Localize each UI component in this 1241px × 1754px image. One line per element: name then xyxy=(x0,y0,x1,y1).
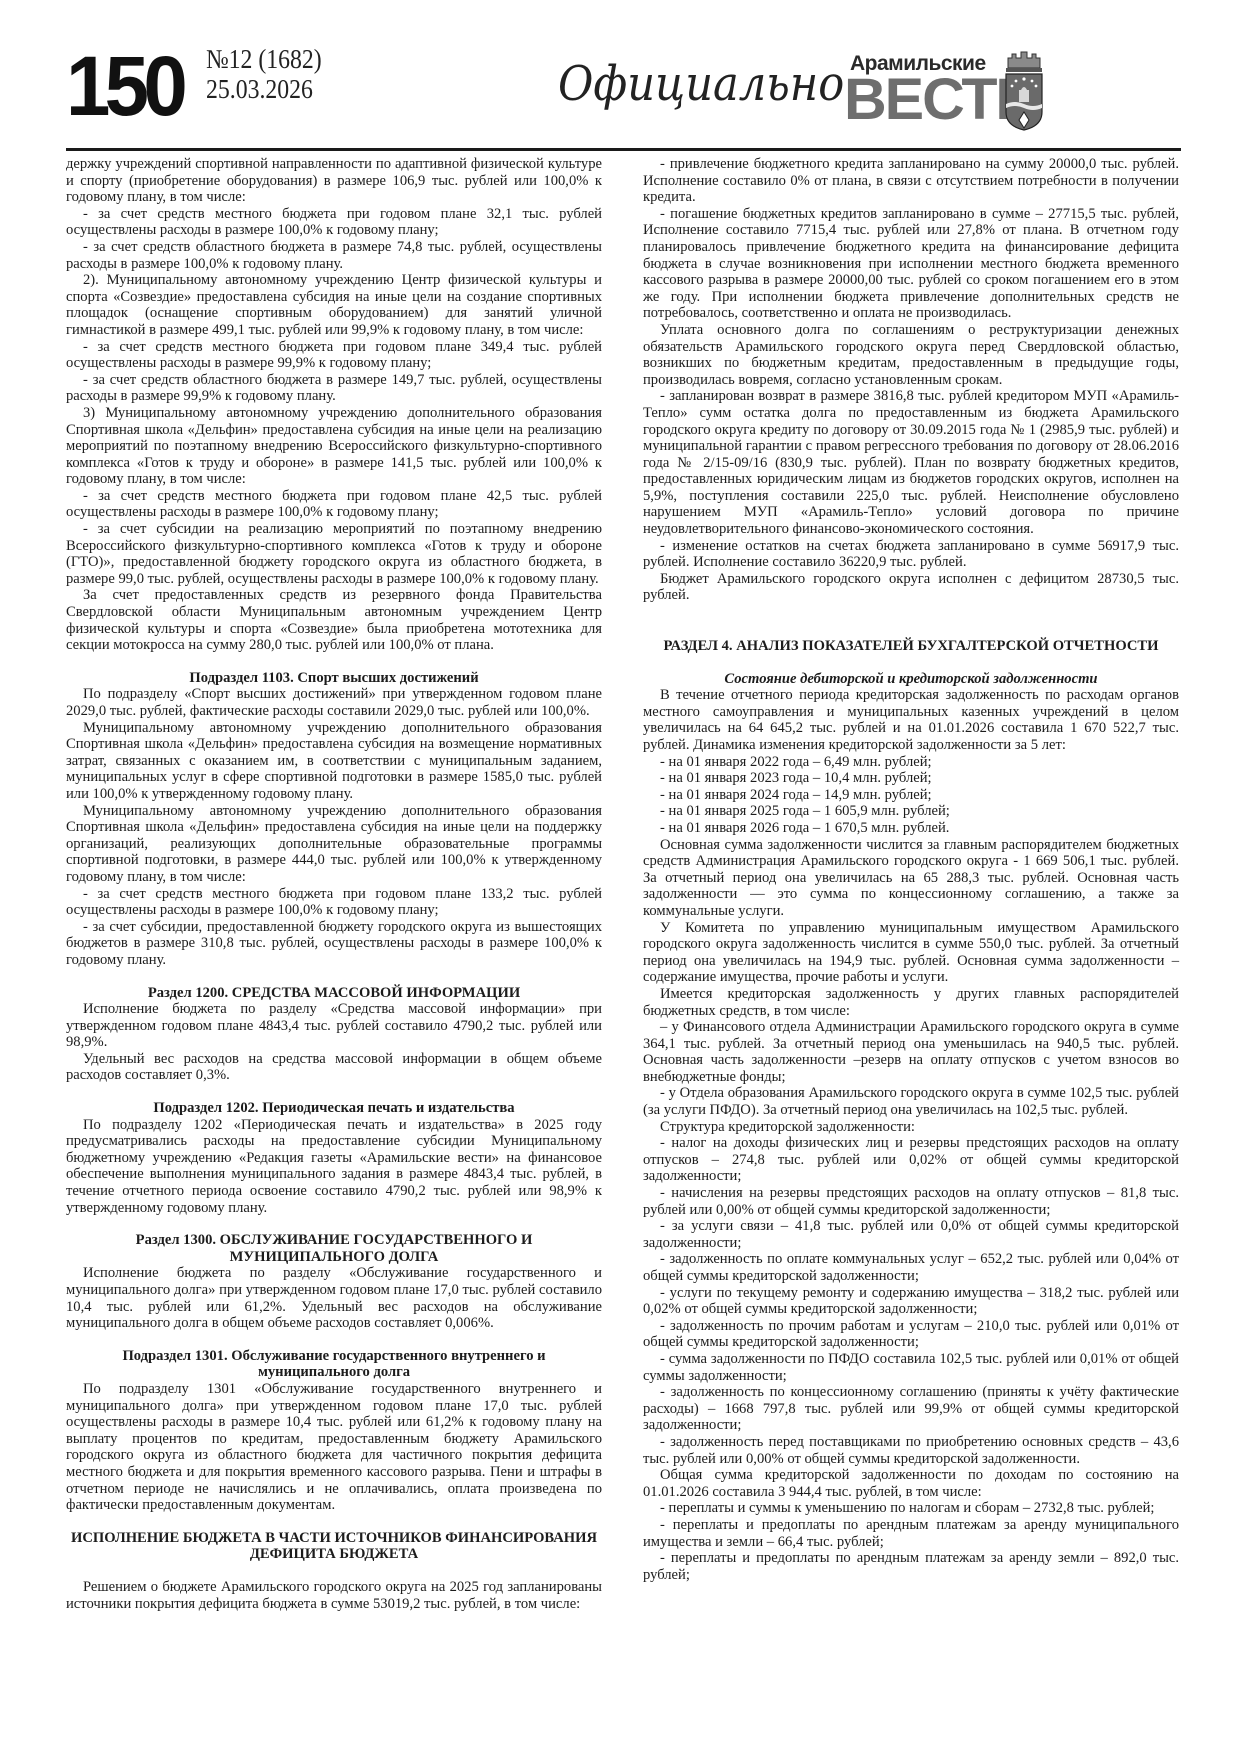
list-item: - на 01 января 2025 года – 1 605,9 млн. … xyxy=(643,803,1179,820)
issue-number: №12 (1682) xyxy=(206,44,322,74)
list-item: - налог на доходы физических лиц и резер… xyxy=(643,1135,1179,1185)
list-item: - переплаты и суммы к уменьшению по нало… xyxy=(643,1500,1179,1517)
paragraph: - у Отдела образования Арамильского горо… xyxy=(643,1085,1179,1118)
newspaper-page: 150 №12 (1682) 25.03.2026 Официально Ара… xyxy=(0,0,1241,1754)
paragraph: - за счет средств местного бюджета при г… xyxy=(66,886,602,919)
left-column: держку учреждений спортивной направленно… xyxy=(66,156,602,1612)
page-number: 150 xyxy=(66,40,182,132)
paragraph: Бюджет Арамильского городского округа ис… xyxy=(643,571,1179,604)
paragraph: 3) Муниципальному автономному учреждению… xyxy=(66,405,602,488)
list-item: - переплаты и предоплаты по арендным пла… xyxy=(643,1517,1179,1550)
paragraph: Исполнение бюджета по разделу «Средства … xyxy=(66,1001,602,1051)
list-item: - на 01 января 2026 года – 1 670,5 млн. … xyxy=(643,820,1179,837)
list-item: - за услуги связи – 41,8 тыс. рублей или… xyxy=(643,1218,1179,1251)
subsection-heading: Подраздел 1301. Обслуживание государстве… xyxy=(66,1348,602,1381)
paragraph: – у Финансового отдела Администрации Ара… xyxy=(643,1019,1179,1085)
list-item: - переплаты и предоплаты по арендным пла… xyxy=(643,1550,1179,1583)
section-heading: Раздел 1300. ОБСЛУЖИВАНИЕ ГОСУДАРСТВЕННО… xyxy=(66,1232,602,1265)
paragraph: Муниципальному автономному учреждению до… xyxy=(66,803,602,886)
subsection-heading: Подраздел 1202. Периодическая печать и и… xyxy=(66,1100,602,1117)
list-item: - на 01 января 2024 года – 14,9 млн. руб… xyxy=(643,787,1179,804)
subsection-heading: Подраздел 1103. Спорт высших достижений xyxy=(66,670,602,687)
paragraph: Решением о бюджете Арамильского городско… xyxy=(66,1579,602,1612)
section-title: Официально xyxy=(558,54,844,114)
list-item: - на 01 января 2023 года – 10,4 млн. руб… xyxy=(643,770,1179,787)
issue-info: №12 (1682) 25.03.2026 xyxy=(206,44,322,104)
paragraph: По подразделу 1301 «Обслуживание государ… xyxy=(66,1381,602,1514)
header-divider xyxy=(66,148,1181,151)
list-item: - начисления на резервы предстоящих расх… xyxy=(643,1185,1179,1218)
paragraph: - за счет средств местного бюджета при г… xyxy=(66,206,602,239)
list-item: - на 01 января 2022 года – 6,49 млн. руб… xyxy=(643,754,1179,771)
list-item: - сумма задолженности по ПФДО составила … xyxy=(643,1351,1179,1384)
subsection-heading: Состояние дебиторской и кредиторской зад… xyxy=(643,671,1179,688)
paragraph: Основная сумма задолженности числится за… xyxy=(643,837,1179,920)
paragraph: По подразделу «Спорт высших достижений» … xyxy=(66,686,602,719)
paragraph: Исполнение бюджета по разделу «Обслужива… xyxy=(66,1265,602,1331)
paragraph: - погашение бюджетных кредитов запланиро… xyxy=(643,206,1179,322)
paragraph: - запланирован возврат в размере 3816,8 … xyxy=(643,388,1179,537)
paragraph: - за счет субсидии на реализацию меропри… xyxy=(66,521,602,587)
paragraph: Уплата основного долга по соглашениям о … xyxy=(643,322,1179,388)
issue-date: 25.03.2026 xyxy=(206,74,322,104)
right-column: - привлечение бюджетного кредита заплани… xyxy=(643,156,1179,1583)
paragraph: Имеется кредиторская задолженность у дру… xyxy=(643,986,1179,1019)
section-heading: ИСПОЛНЕНИЕ БЮДЖЕТА В ЧАСТИ ИСТОЧНИКОВ ФИ… xyxy=(66,1530,602,1563)
section-heading: РАЗДЕЛ 4. АНАЛИЗ ПОКАЗАТЕЛЕЙ БУХГАЛТЕРСК… xyxy=(643,638,1179,655)
paragraph: - изменение остатков на счетах бюджета з… xyxy=(643,538,1179,571)
paragraph: держку учреждений спортивной направленно… xyxy=(66,156,602,206)
paragraph: Структура кредиторской задолженности: xyxy=(643,1119,1179,1136)
paragraph: - за счет средств местного бюджета при г… xyxy=(66,488,602,521)
coat-of-arms-icon xyxy=(1002,50,1046,132)
paragraph: По подразделу 1202 «Периодическая печать… xyxy=(66,1117,602,1217)
paragraph: - за счет средств областного бюджета в р… xyxy=(66,372,602,405)
paragraph: У Комитета по управлению муниципальным и… xyxy=(643,920,1179,986)
page-header: 150 №12 (1682) 25.03.2026 Официально Ара… xyxy=(66,44,1181,136)
paragraph: Муниципальному автономному учреждению до… xyxy=(66,720,602,803)
paragraph: 2). Муниципальному автономному учреждени… xyxy=(66,272,602,338)
paragraph: - привлечение бюджетного кредита заплани… xyxy=(643,156,1179,206)
paragraph: Удельный вес расходов на средства массов… xyxy=(66,1051,602,1084)
list-item: - задолженность по концессионному соглаш… xyxy=(643,1384,1179,1434)
paragraph: В течение отчетного периода кредиторская… xyxy=(643,687,1179,753)
list-item: - задолженность перед поставщиками по пр… xyxy=(643,1434,1179,1467)
paragraph: За счет предоставленных средств из резер… xyxy=(66,587,602,653)
paragraph: - за счет субсидии, предоставленной бюдж… xyxy=(66,919,602,969)
list-item: - задолженность по прочим работам и услу… xyxy=(643,1318,1179,1351)
paragraph: - за счет средств местного бюджета при г… xyxy=(66,339,602,372)
section-heading: Раздел 1200. СРЕДСТВА МАССОВОЙ ИНФОРМАЦИ… xyxy=(66,985,602,1002)
list-item: - задолженность по оплате коммунальных у… xyxy=(643,1251,1179,1284)
paragraph: Общая сумма кредиторской задолженности п… xyxy=(643,1467,1179,1500)
paragraph: - за счет средств областного бюджета в р… xyxy=(66,239,602,272)
list-item: - услуги по текущему ремонту и содержани… xyxy=(643,1285,1179,1318)
